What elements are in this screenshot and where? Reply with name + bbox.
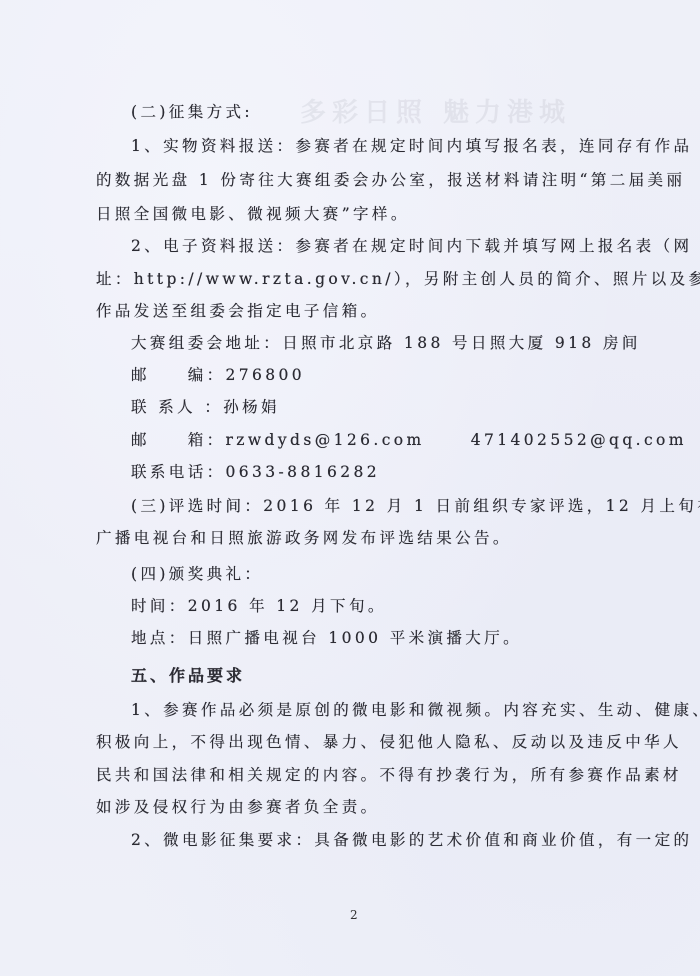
- paragraph-micro-film-requirement: 2、微电影征集要求：具备微电影的艺术价值和商业价值，有一定的: [131, 830, 611, 850]
- paragraph-line: 广播电视台和日照旅游政务网发布评选结果公告。: [96, 528, 610, 548]
- paragraph-originality-requirement: 1、参赛作品必须是原创的微电影和微视频。内容充实、生动、健康、: [131, 700, 611, 720]
- contact-email: 邮 箱：rzwdyds@126.com 471402552@qq.com: [131, 430, 611, 450]
- paragraph-line-url: 址：http://www.rzta.gov.cn/），另附主创人员的简介、照片以…: [96, 269, 610, 289]
- section-evaluation-time: (三)评选时间：2016 年 12 月 1 日前组织专家评选，12 月上旬在日照: [131, 496, 611, 516]
- paragraph-line: 如涉及侵权行为由参赛者负全责。: [96, 797, 610, 817]
- paragraph-line: 积极向上，不得出现色情、暴力、侵犯他人隐私、反动以及违反中华人: [96, 732, 610, 752]
- committee-address: 大赛组委会地址：日照市北京路 188 号日照大厦 918 房间: [131, 333, 611, 353]
- paragraph-physical-submission: 1、实物资料报送：参赛者在规定时间内填写报名表，连同存有作品: [131, 136, 611, 156]
- scanned-document-page: 多彩日照 魅力港城 (二)征集方式: 1、实物资料报送：参赛者在规定时间内填写报…: [0, 0, 700, 976]
- ceremony-time: 时间：2016 年 12 月下旬。: [131, 596, 611, 616]
- ceremony-location: 地点：日照广播电视台 1000 平米演播大厅。: [131, 628, 611, 648]
- paragraph-electronic-submission: 2、电子资料报送：参赛者在规定时间内下载并填写网上报名表（网: [131, 236, 611, 256]
- paragraph-line: 的数据光盘 1 份寄往大赛组委会办公室，报送材料请注明“第二届美丽: [96, 170, 610, 190]
- section-heading-collection-method: (二)征集方式:: [131, 102, 611, 122]
- contact-phone: 联系电话：0633-8816282: [131, 462, 611, 482]
- paragraph-line: 日照全国微电影、微视频大赛”字样。: [96, 204, 610, 224]
- section-award-ceremony: (四)颁奖典礼：: [131, 564, 611, 584]
- contact-person: 联 系人 ：孙杨娟: [131, 397, 611, 417]
- paragraph-line: 民共和国法律和相关规定的内容。不得有抄袭行为，所有参赛作品素材: [96, 765, 610, 785]
- postal-code: 邮 编：276800: [131, 365, 611, 385]
- paragraph-line: 作品发送至组委会指定电子信箱。: [96, 301, 610, 321]
- page-number: 2: [350, 908, 358, 922]
- section-heading-work-requirements: 五、作品要求: [131, 666, 611, 686]
